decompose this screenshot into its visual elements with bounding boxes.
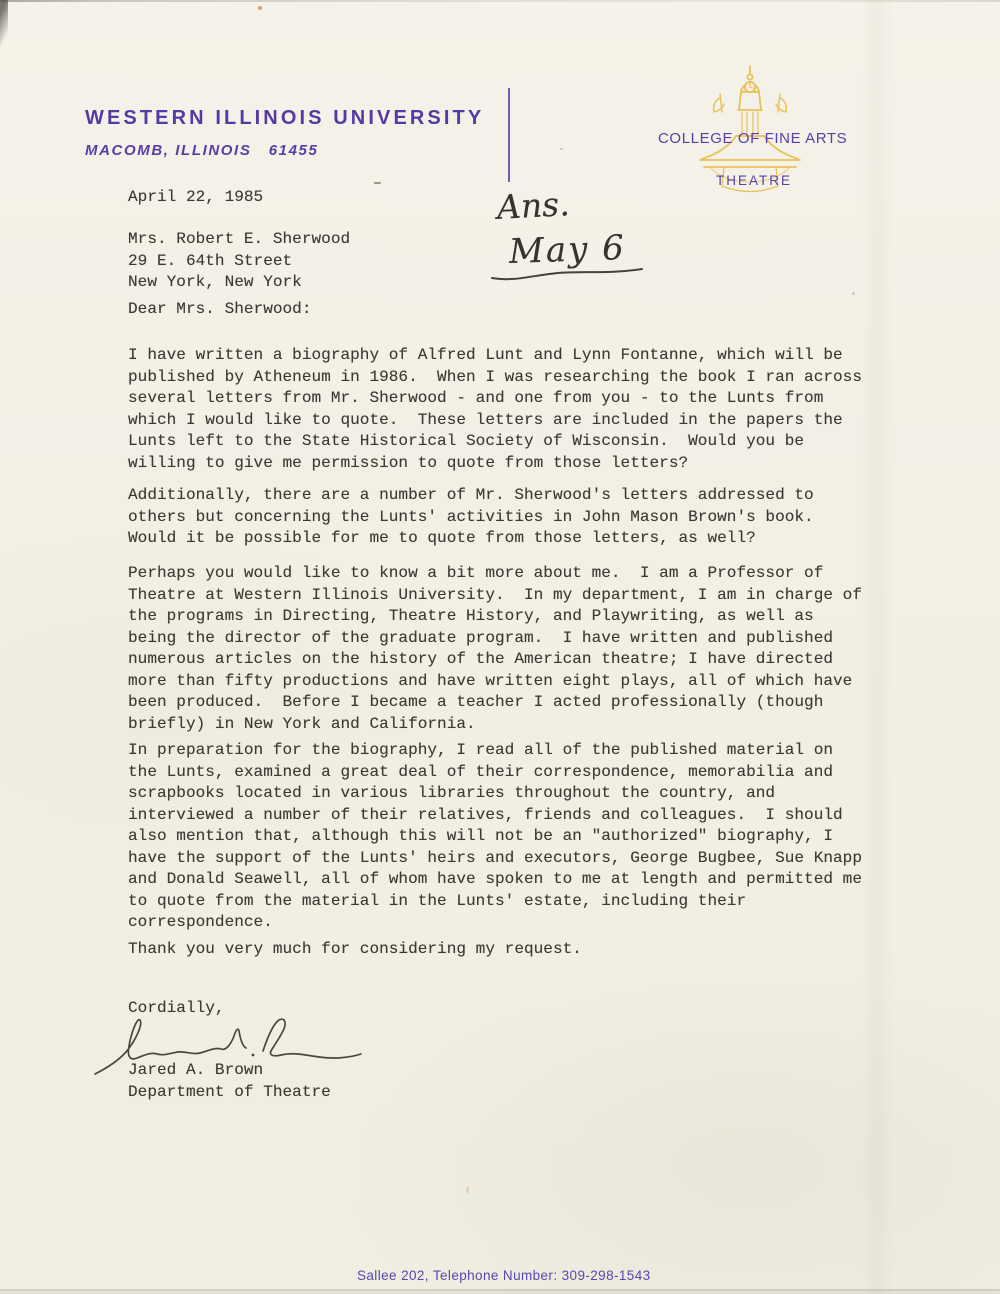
scan-top-edge	[0, 0, 1000, 2]
scan-corner-shadow	[0, 0, 8, 50]
letter-date: April 22, 1985	[128, 187, 263, 209]
paragraph-4: In preparation for the biography, I read…	[128, 740, 862, 934]
salutation: Dear Mrs. Sherwood:	[128, 299, 312, 321]
handwritten-underline	[486, 262, 651, 284]
paragraph-5: Thank you very much for considering my r…	[128, 939, 582, 961]
scanned-letter-page: WESTERN ILLINOIS UNIVERSITY MACOMB, ILLI…	[0, 0, 1000, 1294]
paragraph-1: I have written a biography of Alfred Lun…	[128, 345, 862, 474]
paper-speck	[466, 1186, 469, 1194]
letterhead-divider	[508, 88, 510, 182]
signer-name-and-title: Jared A. Brown Department of Theatre	[128, 1060, 331, 1103]
paper-speck	[560, 148, 563, 150]
paragraph-2: Additionally, there are a number of Mr. …	[128, 485, 814, 550]
letterhead-department-name: THEATRE	[716, 173, 792, 188]
paper-speck	[258, 6, 262, 10]
letterhead-university-name: WESTERN ILLINOIS UNIVERSITY	[85, 107, 484, 130]
paper-speck	[852, 292, 855, 295]
recipient-address: Mrs. Robert E. Sherwood 29 E. 64th Stree…	[128, 229, 350, 294]
handwritten-answered-note: Ans.	[496, 184, 570, 227]
footer-contact-info: Sallee 202, Telephone Number: 309-298-15…	[357, 1268, 651, 1283]
paper-speck	[374, 182, 381, 184]
paragraph-3: Perhaps you would like to know a bit mor…	[128, 563, 862, 735]
letterhead-college-name: COLLEGE OF FINE ARTS	[658, 130, 847, 147]
paper-crease	[860, 0, 894, 1294]
letterhead-location: MACOMB, ILLINOIS 61455	[85, 142, 318, 159]
